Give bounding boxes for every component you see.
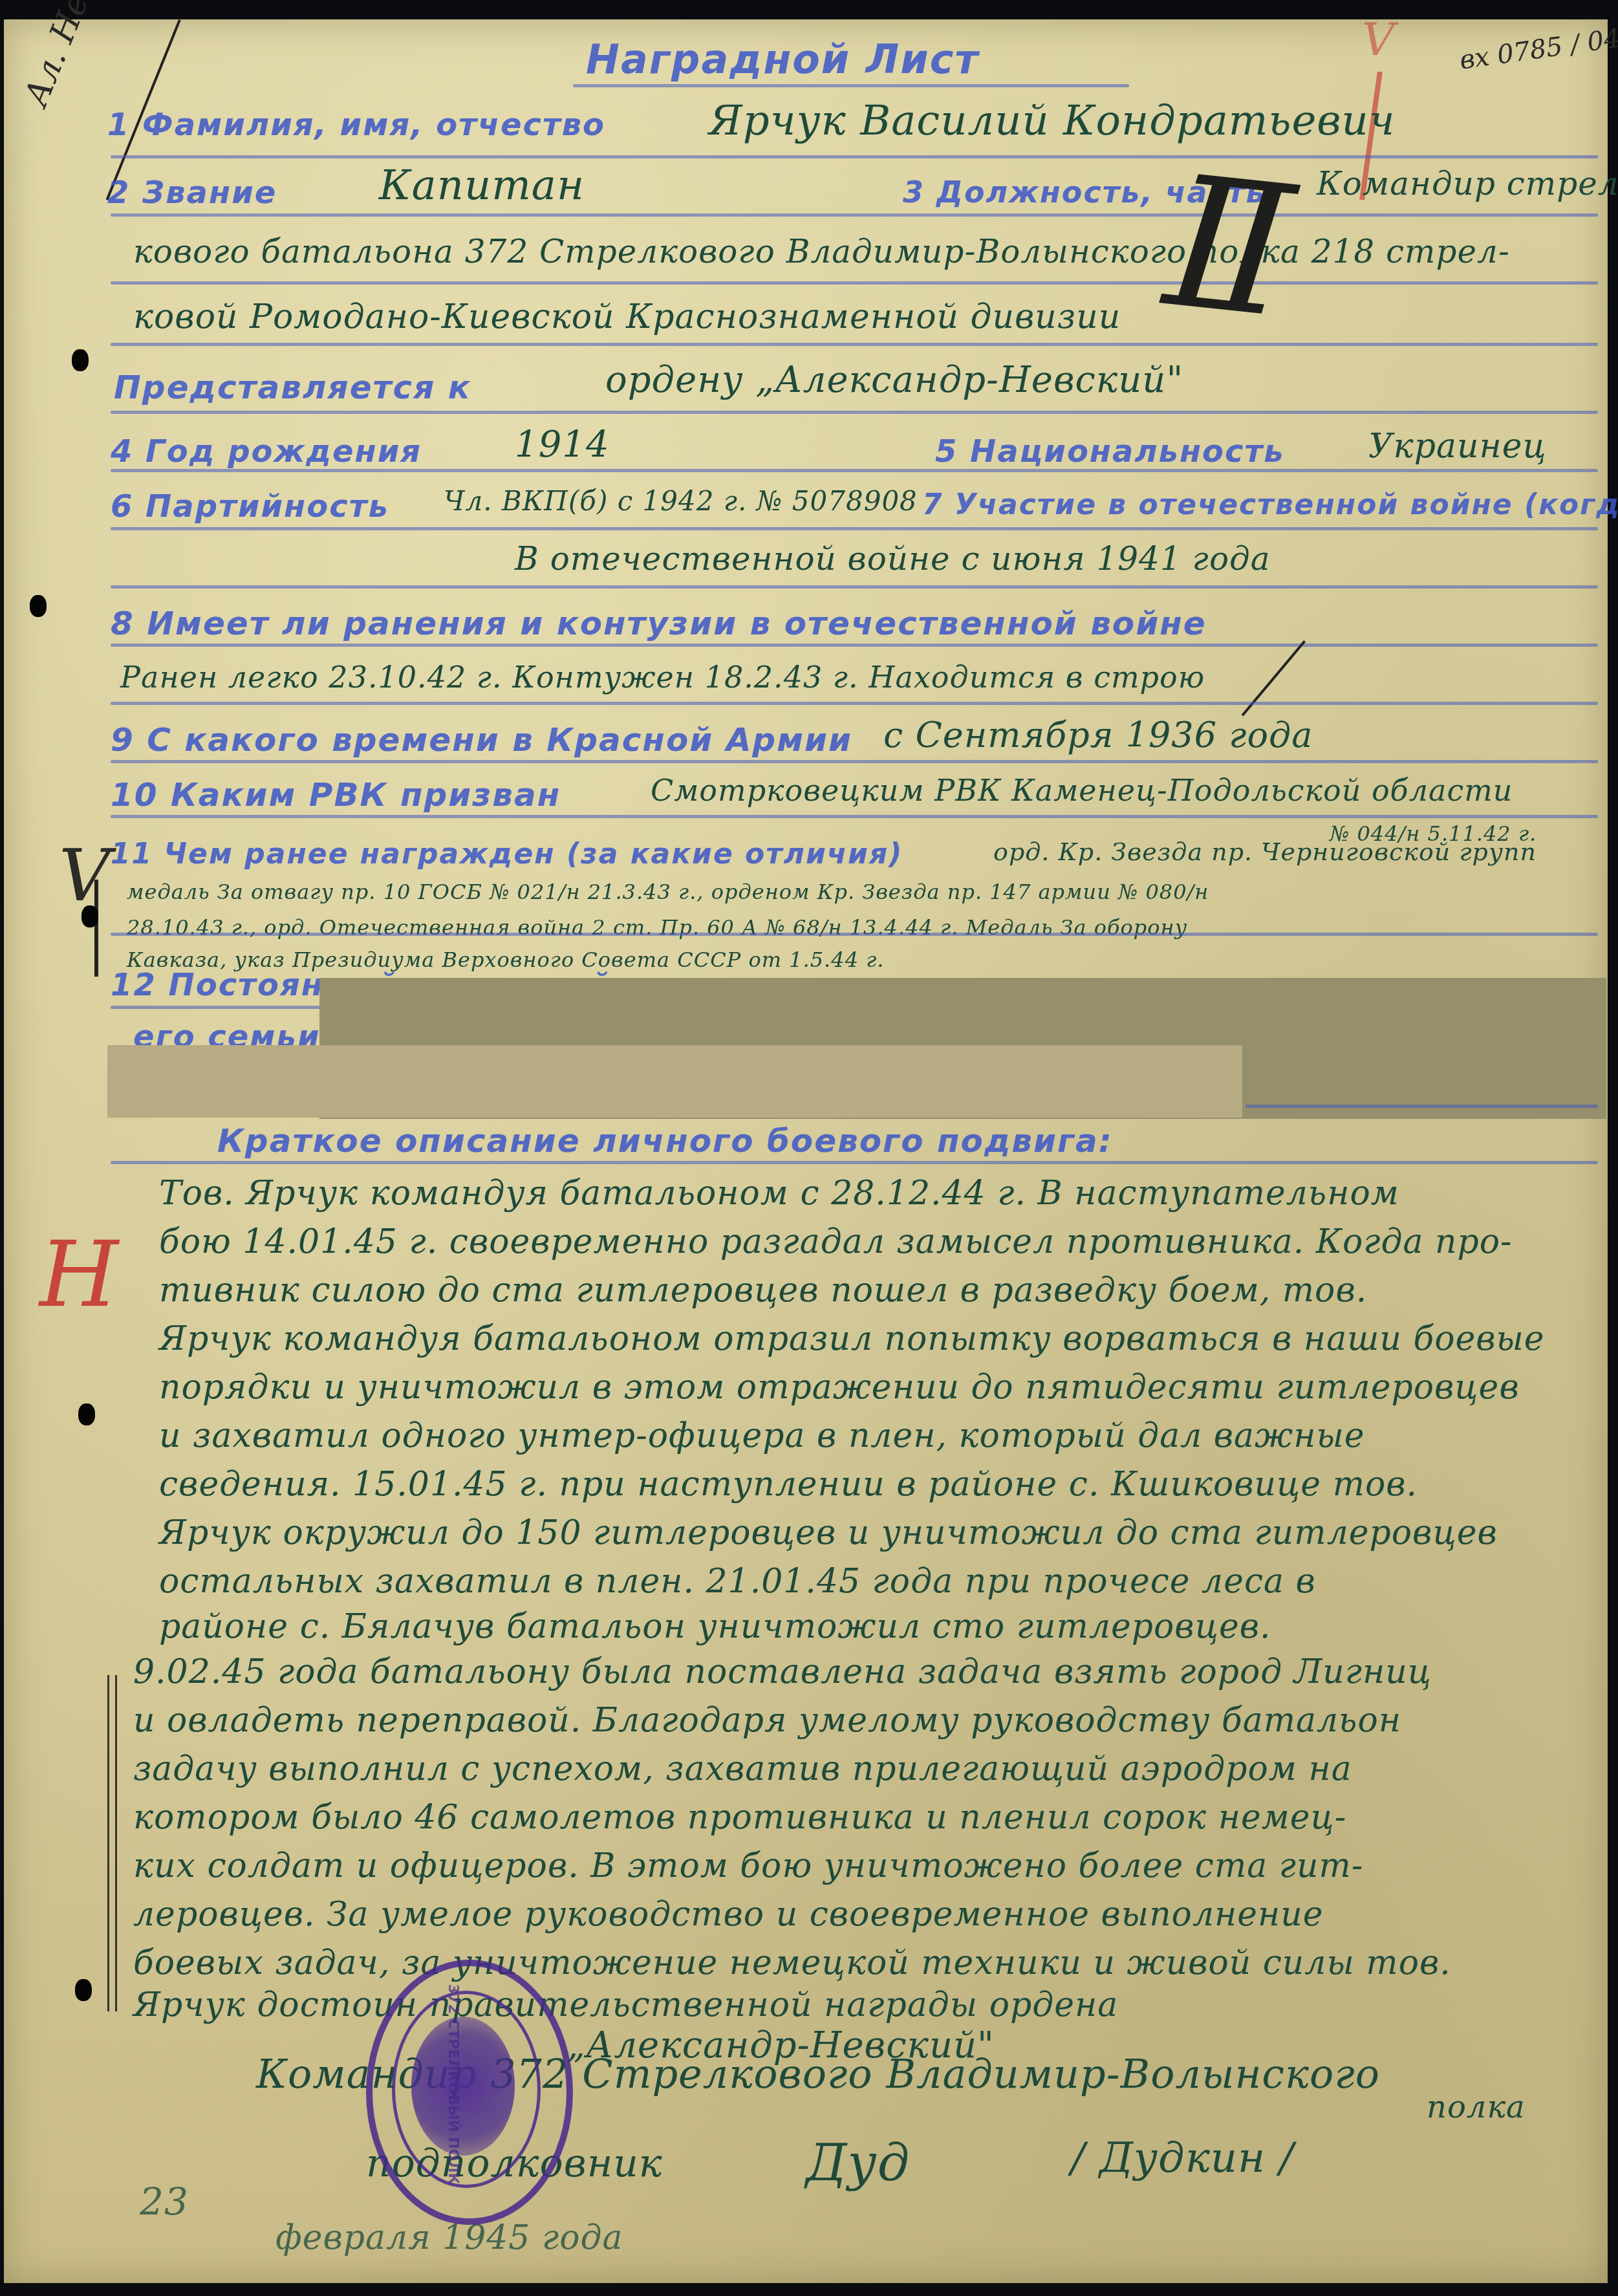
document-title: Наградной Лист bbox=[586, 36, 980, 83]
rule-6 bbox=[111, 469, 1598, 472]
feat-line-3: тивник силою до ста гитлеровцев пошел в … bbox=[159, 1271, 1367, 1310]
field-4-value-birth-year: 1914 bbox=[515, 424, 610, 466]
feat-line-7: сведения. 15.01.45 г. при наступлении в … bbox=[159, 1465, 1418, 1504]
feat-line-18: Ярчук достоин правительственной награды … bbox=[133, 1986, 1118, 2024]
punch-hole-5 bbox=[75, 1979, 92, 2001]
punch-hole-4 bbox=[78, 1403, 95, 1425]
field-6-value-party: Чл. ВКП(б) с 1942 г. № 5078908 bbox=[444, 485, 918, 517]
red-pencil-letter-mark: Н bbox=[39, 1222, 118, 1328]
feat-line-9: остальных захватил в плен. 21.01.45 года… bbox=[159, 1562, 1316, 1601]
field-8-value-wounds: Ранен легко 23.10.42 г. Контужен 18.2.43… bbox=[120, 660, 1205, 695]
rule-15 bbox=[1246, 1105, 1598, 1108]
rule-2 bbox=[111, 213, 1598, 217]
field-11-value-line1: орд. Кр. Звезда пр. Черниговской групп bbox=[993, 838, 1537, 866]
field-11-label: 11 Чем ранее награжден (за какие отличия… bbox=[111, 838, 903, 871]
regiment-round-stamp: 372 СТРЕЛКОВЫЙ ПОЛК bbox=[366, 1960, 573, 2225]
field-11-value-line3: 28.10.43 г., орд. Отечественная война 2 … bbox=[127, 915, 1187, 940]
feat-line-10: районе с. Бялачув батальон уничтожил сто… bbox=[159, 1607, 1271, 1646]
field-1-value-fullname: Ярчук Василий Кондратьевич bbox=[709, 97, 1396, 145]
field-9-value-army-since: с Сентября 1936 года bbox=[883, 715, 1313, 755]
field-8-label: 8 Имеет ли ранения и контузии в отечеств… bbox=[111, 605, 1207, 642]
date-month-year: февраля 1945 года bbox=[275, 2218, 623, 2257]
left-margin-double-line bbox=[107, 1675, 109, 2011]
rule-11 bbox=[111, 760, 1598, 763]
punch-hole-1 bbox=[72, 349, 89, 371]
rule-3 bbox=[111, 281, 1598, 285]
rule-1 bbox=[111, 155, 1598, 158]
left-bracket-mark: V bbox=[59, 834, 110, 917]
feat-line-15: ких солдат и офицеров. В этом бою уничто… bbox=[133, 1847, 1363, 1885]
punch-hole-3 bbox=[81, 905, 98, 927]
field-10-label: 10 Каким РВК призван bbox=[111, 776, 561, 814]
feat-heading: Краткое описание личного боевого подвига… bbox=[217, 1122, 1113, 1160]
feat-line-8: Ярчук окружил до 150 гитлеровцев и уничт… bbox=[159, 1513, 1498, 1552]
field-3-value-line3: ковой Ромодано-Киевской Краснознаменной … bbox=[133, 298, 1121, 336]
field-4-label: 4 Год рождения bbox=[111, 433, 422, 470]
feat-line-1: Тов. Ярчук командуя батальоном с 28.12.4… bbox=[159, 1174, 1399, 1213]
rule-12 bbox=[111, 815, 1598, 818]
rule-8 bbox=[111, 585, 1598, 589]
field-5-value-nationality: Украинец bbox=[1368, 427, 1547, 466]
feat-line-4: Ярчук командуя батальоном отразил попытк… bbox=[159, 1319, 1545, 1358]
field-2-value-rank: Капитан bbox=[379, 162, 585, 210]
field-7-value-war-participation: В отечественной войне с июня 1941 года bbox=[515, 540, 1271, 578]
left-margin-double-line-2 bbox=[115, 1675, 117, 2011]
feat-line-17: боевых задач, за уничтожение немецкой те… bbox=[133, 1944, 1451, 1982]
award-sheet-paper: Ал. Невск вх 0785 / 0423 V Наградной Лис… bbox=[4, 19, 1608, 2283]
field-3-value-line1: Командир стрел- bbox=[1317, 165, 1618, 202]
rule-7 bbox=[111, 527, 1598, 530]
punch-hole-2 bbox=[30, 595, 47, 617]
rule-10 bbox=[111, 702, 1598, 705]
field-2-label: 2 Звание bbox=[107, 175, 277, 211]
stamp-label: 372 СТРЕЛКОВЫЙ ПОЛК bbox=[445, 1984, 461, 2185]
margin-note-top-left: Ал. Невск bbox=[17, 0, 119, 111]
rule-4 bbox=[111, 343, 1598, 346]
signature-scrawl: Дуд bbox=[806, 2134, 910, 2193]
date-day: 23 bbox=[140, 2180, 189, 2224]
feat-line-16: леровцев. За умелое руководство и своевр… bbox=[133, 1895, 1324, 1934]
rule-5 bbox=[111, 411, 1598, 414]
feat-line-14: котором было 46 самолетов противника и п… bbox=[133, 1798, 1346, 1837]
signature-position-line1b: полка bbox=[1427, 2089, 1526, 2125]
presented-label: Представляется к bbox=[114, 369, 471, 406]
red-pencil-mark-top: V bbox=[1362, 13, 1395, 66]
feat-line-2: бою 14.01.45 г. своевременно разгадал за… bbox=[159, 1222, 1513, 1261]
left-bracket-line bbox=[94, 880, 98, 977]
field-5-label: 5 Национальность bbox=[935, 433, 1285, 470]
rule-13 bbox=[111, 933, 1598, 936]
field-6-label: 6 Партийность bbox=[111, 488, 389, 525]
rule-16 bbox=[111, 1161, 1598, 1164]
field-9-label: 9 С какого времени в Красной Армии bbox=[111, 721, 852, 759]
field-3-value-line2: кового батальона 372 Стрелкового Владими… bbox=[133, 233, 1510, 270]
presented-value-order: ордену „Александр-Невский" bbox=[605, 359, 1183, 401]
field-7-label: 7 Участие в отечественной войне (когда, … bbox=[922, 488, 1618, 521]
rule-9 bbox=[111, 644, 1598, 647]
field-10-value-rvk: Смотрковецким РВК Каменец-Подольской обл… bbox=[651, 773, 1513, 808]
field-11-value-line2: медаль За отвагу пр. 10 ГОСБ № 021/н 21.… bbox=[127, 880, 1209, 904]
stamp-emblem-icon bbox=[411, 2017, 515, 2156]
large-number-mark: Ⅱ bbox=[1157, 136, 1301, 359]
signature-name: / Дудкин / bbox=[1071, 2134, 1294, 2182]
title-underline bbox=[573, 84, 1129, 87]
field-1-label: 1 Фамилия, имя, отчество bbox=[107, 107, 605, 143]
redaction-block-family bbox=[107, 1045, 1242, 1118]
registry-number: вх 0785 / 0423 bbox=[1458, 19, 1618, 75]
feat-line-13: задачу выполнил с успехом, захватив прил… bbox=[133, 1749, 1352, 1788]
feat-line-11: 9.02.45 года батальону была поставлена з… bbox=[133, 1652, 1432, 1691]
feat-line-12: и овладеть переправой. Благодаря умелому… bbox=[133, 1701, 1401, 1740]
feat-line-5: порядки и уничтожил в этом отражении до … bbox=[159, 1368, 1520, 1407]
feat-line-6: и захватил одного унтер-офицера в плен, … bbox=[159, 1416, 1365, 1455]
